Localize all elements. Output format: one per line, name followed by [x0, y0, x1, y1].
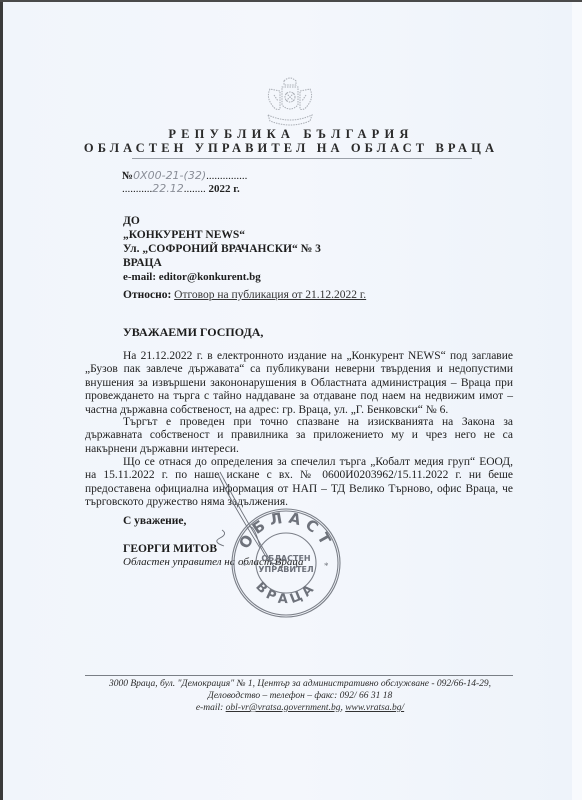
scan-edge-right — [572, 0, 582, 800]
date-dots: ........... — [122, 183, 152, 195]
footer-divider — [85, 675, 513, 676]
scan-edge-top — [0, 0, 582, 2]
paragraph-text: На 21.12.2022 г. в електронното издание … — [85, 350, 513, 417]
recipient-city: ВРАЦА — [123, 256, 321, 270]
recipient-block: ДО „КОНКУРЕНТ NEWS“ Ул. „СОФРОНИЙ ВРАЧАН… — [123, 214, 321, 284]
handwritten-number: 0Х00-21-(32) — [133, 169, 206, 182]
footer-phone: Деловодство – телефон – факс: 092/ 66 31… — [60, 690, 540, 702]
recipient-street: Ул. „СОФРОНИЙ ВРАЧАНСКИ“ № 3 — [123, 242, 321, 256]
closing-regards: С уважение, — [123, 515, 186, 527]
svg-text:УПРАВИТЕЛ: УПРАВИТЕЛ — [258, 565, 313, 574]
body-paragraph-2: Търгът е проведен при точно спазване на … — [85, 416, 513, 456]
header-divider — [132, 158, 472, 159]
paragraph-text: Търгът е проведен при точно спазване на … — [85, 416, 513, 456]
reference-date: ...........22.12........ 2022 г. — [122, 182, 240, 195]
footer-contacts: e-mail: obl-vr@vratsa.government.bg, www… — [60, 702, 540, 714]
subject-label: Относно: — [123, 289, 171, 301]
svg-text:*: * — [324, 561, 329, 571]
footer-address: 3000 Враца, бул. "Демокрация" № 1, Центъ… — [60, 678, 540, 690]
scan-edge-left — [0, 0, 3, 800]
body-paragraph-1: На 21.12.2022 г. в електронното издание … — [85, 350, 513, 417]
official-stamp-icon: ОБЛАСТ ВРАЦА ОБЛАСТЕН УПРАВИТЕЛ * * — [228, 505, 344, 621]
svg-text:ОБЛАСТ: ОБЛАСТ — [235, 508, 337, 552]
footer-email-label: e-mail: — [196, 703, 226, 713]
header-country: РЕПУБЛИКА БЪЛГАРИЯ — [0, 127, 582, 142]
header-office: ОБЛАСТЕН УПРАВИТЕЛ НА ОБЛАСТ ВРАЦА — [0, 141, 582, 156]
date-dots: ........ — [184, 183, 206, 195]
footer: 3000 Враца, бул. "Демокрация" № 1, Центъ… — [60, 678, 540, 714]
footer-email-link[interactable]: obl-vr@vratsa.government.bg — [226, 703, 341, 713]
greeting: УВАЖАЕМИ ГОСПОДА, — [123, 325, 263, 340]
number-dots: ............... — [206, 170, 247, 182]
svg-text:ВРАЦА: ВРАЦА — [252, 579, 319, 607]
number-prefix: № — [122, 170, 133, 182]
svg-text:*: * — [242, 561, 247, 571]
handwritten-date: 22.12 — [152, 182, 184, 195]
footer-website-link[interactable]: www.vratsa.bg/ — [345, 703, 404, 713]
date-year: 2022 г. — [209, 183, 240, 195]
reference-number: №0Х00-21-(32)............... — [122, 169, 247, 182]
svg-text:ОБЛАСТЕН: ОБЛАСТЕН — [261, 554, 310, 563]
subject-line: Относно: Отговор на публикация от 21.12.… — [123, 289, 366, 301]
recipient-name: „КОНКУРЕНТ NEWS“ — [123, 228, 321, 242]
recipient-email: e-mail: editor@konkurent.bg — [123, 270, 321, 284]
subject-text: Отговор на публикация от 21.12.2022 г. — [174, 289, 366, 301]
recipient-to: ДО — [123, 214, 321, 228]
coat-of-arms-icon — [262, 75, 318, 127]
